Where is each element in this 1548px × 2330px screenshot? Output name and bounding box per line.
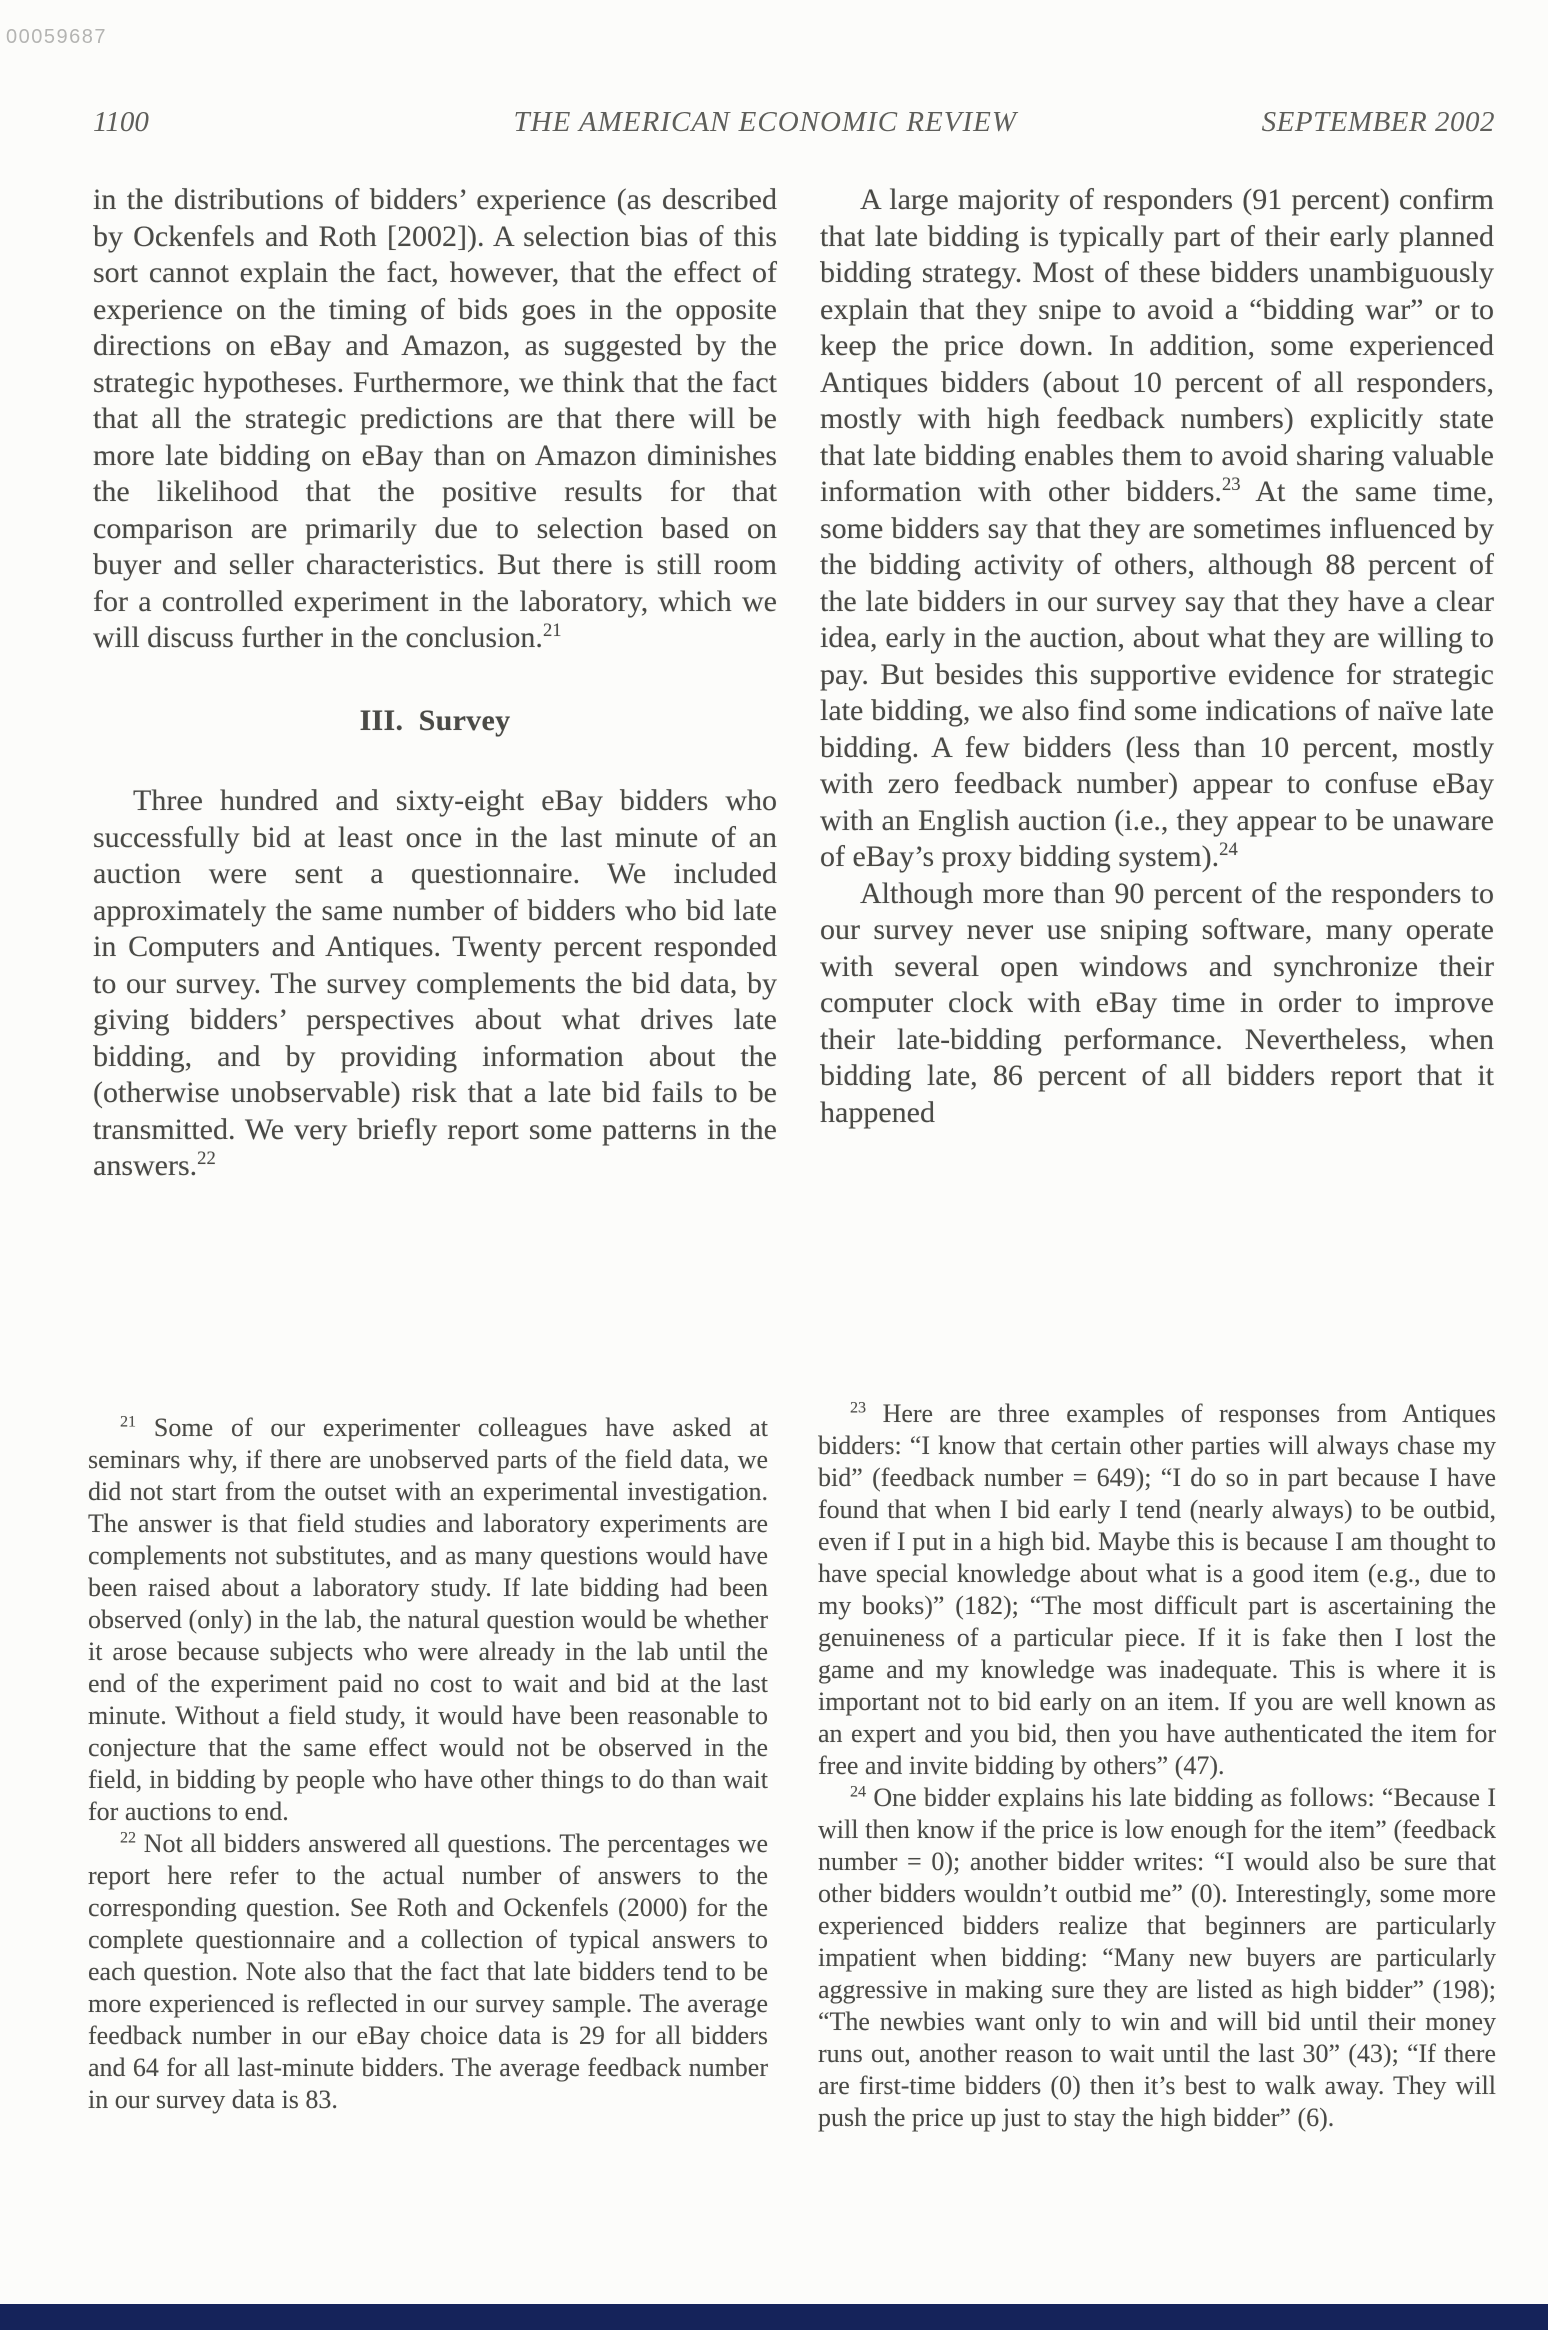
scan-stamp-number: 00059687 — [6, 26, 107, 49]
footnotes-right-column: 23 Here are three examples of responses … — [818, 1398, 1496, 2134]
footnote-21: 21 Some of our experimenter colleagues h… — [88, 1412, 768, 1828]
left-column: in the distributions of bidders’ experie… — [93, 182, 777, 1185]
footnotes-left-column: 21 Some of our experimenter colleagues h… — [88, 1412, 768, 2116]
footnote-22: 22 Not all bidders answered all question… — [88, 1828, 768, 2116]
scan-edge-bar — [0, 2304, 1548, 2330]
section-heading-survey: III. Survey — [93, 703, 777, 740]
running-head: 1100 THE AMERICAN ECONOMIC REVIEW SEPTEM… — [93, 106, 1495, 139]
body-paragraph-survey: Three hundred and sixty-eight eBay bidde… — [93, 783, 777, 1185]
scanned-journal-page: 00059687 1100 THE AMERICAN ECONOMIC REVI… — [0, 0, 1548, 2330]
journal-title: THE AMERICAN ECONOMIC REVIEW — [514, 106, 1017, 139]
footnote-23: 23 Here are three examples of responses … — [818, 1398, 1496, 1782]
body-paragraph-continuation: in the distributions of bidders’ experie… — [93, 182, 777, 657]
body-paragraph-although: Although more than 90 percent of the res… — [820, 876, 1494, 1132]
page-number: 1100 — [93, 106, 149, 139]
issue-date: SEPTEMBER 2002 — [1262, 106, 1495, 139]
footnote-24: 24 One bidder explains his late bidding … — [818, 1782, 1496, 2134]
right-column: A large majority of responders (91 perce… — [820, 182, 1494, 1131]
body-paragraph-majority: A large majority of responders (91 perce… — [820, 182, 1494, 876]
